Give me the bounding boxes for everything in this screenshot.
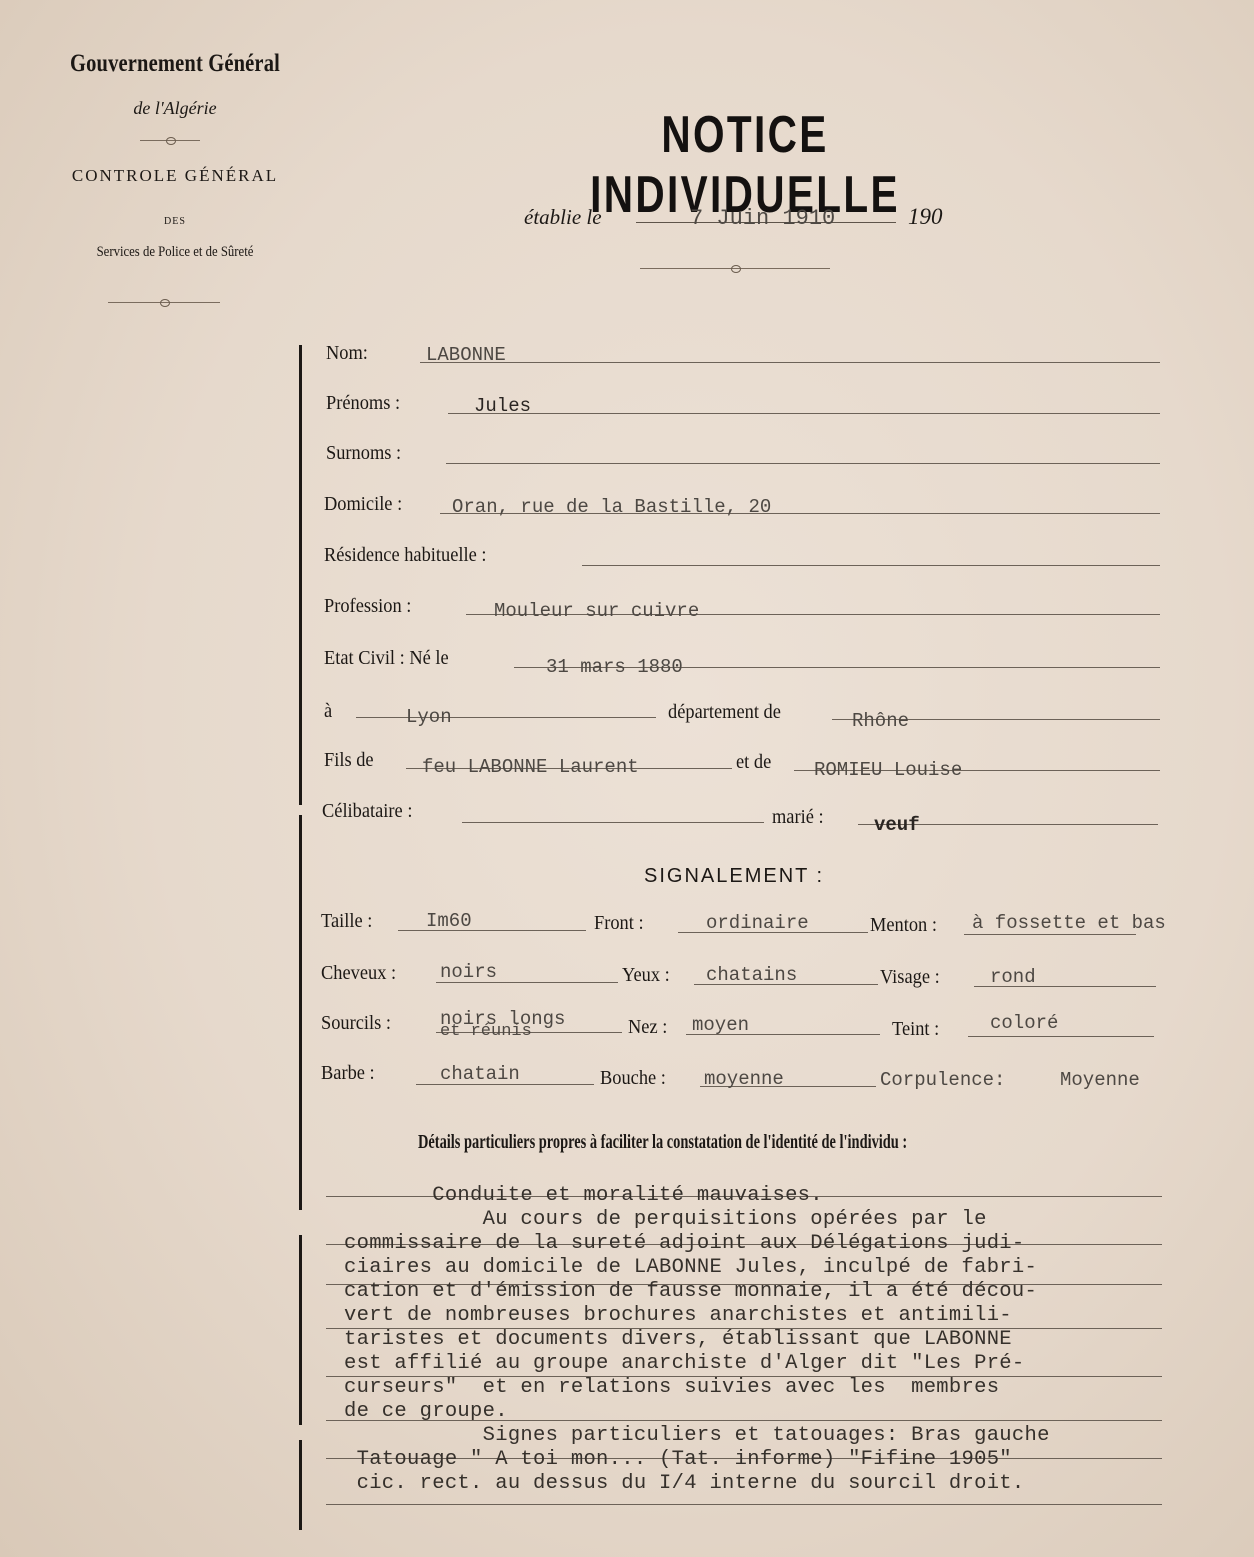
- field-label-marie: marié :: [772, 806, 824, 829]
- field-line: [582, 565, 1160, 566]
- field-value-nom: LABONNE: [426, 344, 506, 366]
- details-line: curseurs" et en relations suivies avec l…: [344, 1376, 1050, 1400]
- field-value-profession: Mouleur sur cuivre: [494, 600, 699, 622]
- header-controle-general: CONTROLE GÉNÉRAL: [40, 166, 310, 186]
- field-line: [446, 463, 1160, 464]
- field-label-domicile: Domicile :: [324, 493, 402, 516]
- field-value-marie: veuf: [874, 814, 920, 836]
- header-gouvernement: Gouvernement Général: [64, 50, 285, 78]
- field-label-residence: Résidence habituelle :: [324, 544, 486, 567]
- field-label-visage: Visage :: [880, 966, 940, 989]
- established-date: 7 Juin 1910: [690, 206, 835, 231]
- established-printed-year: 190: [908, 204, 943, 230]
- field-value-mere: ROMIEU Louise: [814, 759, 962, 781]
- details-line: Au cours de perquisitions opérées par le: [344, 1208, 1050, 1232]
- left-margin-rule: [299, 345, 302, 805]
- field-value-pere: feu LABONNE Laurent: [422, 756, 639, 778]
- field-label-corpulence: Corpulence:: [880, 1069, 1005, 1091]
- details-line: de ce groupe.: [344, 1400, 1050, 1424]
- section-title-signalement: SIGNALEMENT :: [644, 865, 824, 888]
- field-label-lieu: à: [324, 700, 332, 723]
- field-value-barbe: chatain: [440, 1063, 520, 1085]
- field-label-cheveux: Cheveux :: [321, 962, 396, 985]
- details-line: Tatouage " A toi mon... (Tat. informe) "…: [344, 1448, 1050, 1472]
- field-value-birthdate: 31 mars 1880: [546, 656, 683, 678]
- details-line: cation et d'émission de fausse monnaie, …: [344, 1280, 1050, 1304]
- field-value-taille: Im60: [426, 910, 472, 932]
- left-margin-rule: [299, 1440, 302, 1530]
- field-line: [448, 413, 1160, 414]
- field-label-surnoms: Surnoms :: [326, 442, 401, 465]
- details-line: taristes et documents divers, établissan…: [344, 1328, 1050, 1352]
- header-algerie: de l'Algérie: [40, 98, 310, 119]
- field-label-menton: Menton :: [870, 914, 937, 937]
- field-value-prenoms: Jules: [474, 395, 531, 417]
- field-line: [462, 822, 764, 823]
- field-label-profession: Profession :: [324, 595, 411, 618]
- header-des: DES: [40, 216, 310, 227]
- ornament-divider: [640, 268, 830, 269]
- field-label-nez: Nez :: [628, 1016, 667, 1039]
- field-label-celibataire: Célibataire :: [322, 800, 412, 823]
- field-value-front: ordinaire: [706, 912, 809, 934]
- field-label-et-de: et de: [736, 751, 771, 774]
- field-label-etat-civil: Etat Civil : Né le: [324, 647, 449, 670]
- field-value-visage: rond: [990, 966, 1036, 988]
- left-margin-rule: [299, 1235, 302, 1425]
- field-value-menton: à fossette et bas: [972, 912, 1166, 934]
- field-line: [356, 717, 656, 718]
- details-line: vert de nombreuses brochures anarchistes…: [344, 1304, 1050, 1328]
- field-line: [964, 934, 1136, 935]
- field-value-yeux: chatains: [706, 964, 797, 986]
- field-value-departement: Rhône: [852, 710, 909, 732]
- field-value-bouche: moyenne: [704, 1068, 784, 1090]
- field-label-bouche: Bouche :: [600, 1067, 666, 1090]
- field-value-teint: coloré: [990, 1012, 1058, 1034]
- details-line: est affilié au groupe anarchiste d'Alger…: [344, 1352, 1050, 1376]
- established-label: établie le: [524, 205, 602, 230]
- field-label-barbe: Barbe :: [321, 1062, 375, 1085]
- field-label-sourcils: Sourcils :: [321, 1012, 391, 1035]
- field-value-sourcils-2: et réunis: [440, 1022, 532, 1041]
- details-paragraph: Conduite et moralité mauvaises. Au cours…: [344, 1184, 1050, 1496]
- details-line: ciaires au domicile de LABONNE Jules, in…: [344, 1256, 1050, 1280]
- field-label-prenoms: Prénoms :: [326, 392, 400, 415]
- details-title: Détails particuliers propres à faciliter…: [418, 1131, 907, 1154]
- field-label-front: Front :: [594, 912, 644, 935]
- field-label-teint: Teint :: [892, 1018, 939, 1041]
- field-label-departement: département de: [668, 701, 781, 724]
- details-line: Signes particuliers et tatouages: Bras g…: [344, 1424, 1050, 1448]
- field-value-nez: moyen: [692, 1014, 749, 1036]
- details-line: commissaire de la sureté adjoint aux Dél…: [344, 1232, 1050, 1256]
- field-line: [968, 1036, 1154, 1037]
- field-value-lieu: Lyon: [406, 706, 452, 728]
- field-value-corpulence: Moyenne: [1060, 1069, 1140, 1091]
- field-line: [420, 362, 1160, 363]
- header-services-police: Services de Police et de Sûreté: [60, 244, 290, 261]
- details-line: Conduite et moralité mauvaises.: [344, 1184, 1050, 1208]
- field-value-cheveux: noirs: [440, 961, 497, 983]
- field-label-nom: Nom:: [326, 342, 368, 365]
- left-margin-rule: [299, 815, 302, 1210]
- field-label-taille: Taille :: [321, 910, 372, 933]
- details-line: cic. rect. au dessus du I/4 interne du s…: [344, 1472, 1050, 1496]
- field-label-yeux: Yeux :: [622, 964, 670, 987]
- field-value-domicile: Oran, rue de la Bastille, 20: [452, 496, 771, 518]
- ornament-divider: [108, 302, 220, 303]
- field-line: [326, 1504, 1162, 1505]
- field-label-fils-de: Fils de: [324, 749, 374, 772]
- ornament-divider: [140, 140, 200, 141]
